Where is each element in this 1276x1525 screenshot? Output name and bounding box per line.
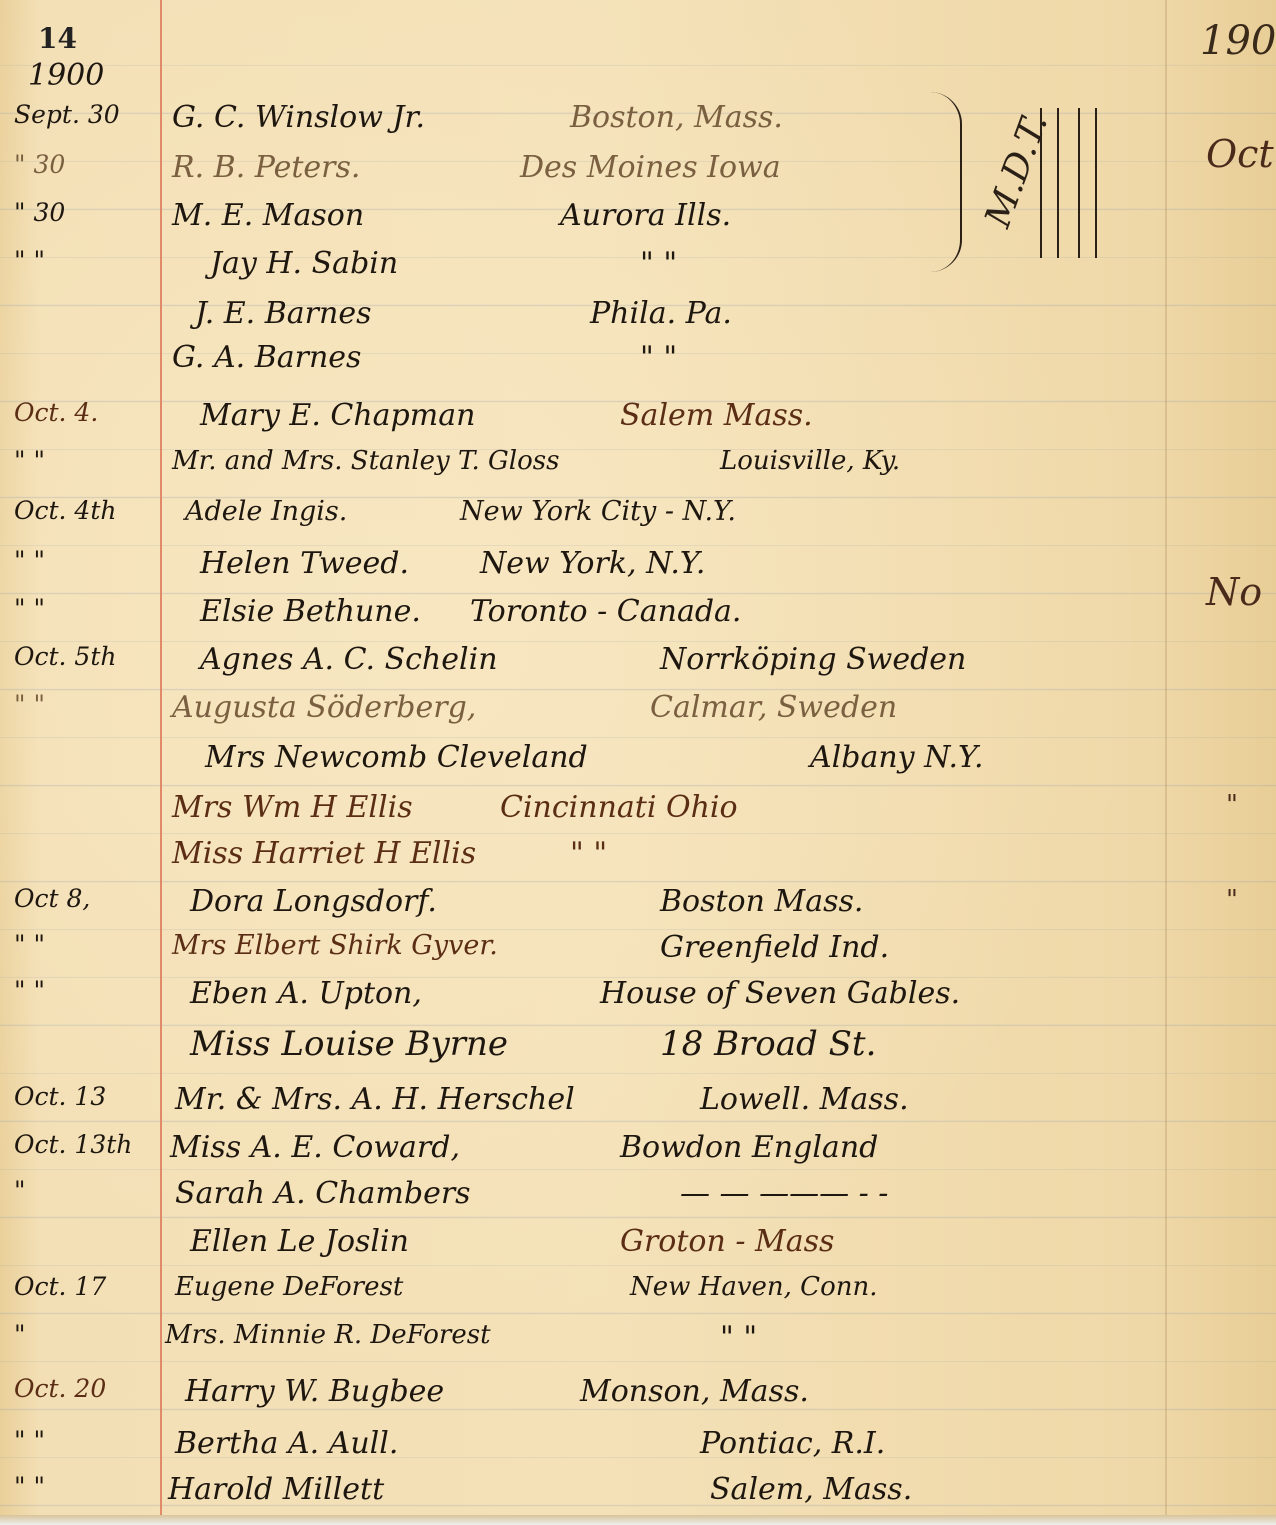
entry-name: Jay H. Sabin (210, 246, 398, 281)
entry-name: Miss Harriet H Ellis (172, 836, 476, 871)
entry-date: " " (14, 546, 154, 575)
entry-name: Mrs Elbert Shirk Gyver. (172, 930, 498, 961)
entry-place: Boston, Mass. (570, 100, 783, 135)
register-entry: Oct. 20 Harry W. Bugbee Monson, Mass. (0, 1374, 1160, 1422)
entry-date: Oct. 13th (14, 1130, 154, 1159)
entry-name: Mr. & Mrs. A. H. Herschel (175, 1082, 575, 1117)
register-entry: " Mrs. Minnie R. DeForest " " (0, 1320, 1160, 1368)
entry-name: Mr. and Mrs. Stanley T. Gloss (172, 446, 559, 476)
entry-name: J. E. Barnes (195, 296, 371, 331)
register-entry: Oct. 17 Eugene DeForest New Haven, Conn. (0, 1272, 1160, 1320)
entry-date: " " (14, 976, 154, 1005)
entry-date: Oct. 5th (14, 642, 154, 671)
entry-place: Louisville, Ky. (720, 446, 900, 476)
entry-place: — — ——— - - (680, 1176, 888, 1211)
entry-name: Adele Ingis. (185, 496, 347, 527)
register-entry: " Sarah A. Chambers — — ——— - - (0, 1176, 1160, 1224)
entry-name: Eben A. Upton, (190, 976, 422, 1011)
entry-name: Harold Millett (168, 1472, 384, 1507)
register-entry: J. E. Barnes Phila. Pa. (0, 296, 1160, 344)
page-number: 14 (38, 22, 77, 55)
entry-place: Pontiac, R.I. (700, 1426, 885, 1461)
register-entry: Mrs Wm H Ellis Cincinnati Ohio (0, 790, 1160, 838)
entry-place: " " (570, 836, 607, 871)
entry-name: Mrs. Minnie R. DeForest (165, 1320, 491, 1350)
entry-place: Lowell. Mass. (700, 1082, 909, 1117)
register-entry: " 30 R. B. Peters. Des Moines Iowa (0, 150, 1160, 198)
entry-place: House of Seven Gables. (600, 976, 960, 1011)
entry-place: Salem, Mass. (710, 1472, 912, 1507)
register-entry: Mrs Newcomb Cleveland Albany N.Y. (0, 740, 1160, 788)
register-entry: Oct. 13th Miss A. E. Coward, Bowdon Engl… (0, 1130, 1160, 1178)
entry-name: Ellen Le Joslin (190, 1224, 409, 1259)
entry-name: Helen Tweed. (200, 546, 409, 581)
entry-place: " " (640, 340, 677, 375)
register-entry: " 30 M. E. Mason Aurora Ills. (0, 198, 1160, 246)
entry-name: Dora Longsdorf. (190, 884, 437, 919)
entry-name: Mary E. Chapman (200, 398, 475, 433)
entry-name: Harry W. Bugbee (185, 1374, 444, 1409)
entry-place: Des Moines Iowa (520, 150, 781, 185)
entry-place: Salem Mass. (620, 398, 813, 433)
entry-date: Oct. 17 (14, 1272, 154, 1301)
entry-place: Calmar, Sweden (650, 690, 897, 725)
page-fold (1165, 0, 1167, 1525)
entry-place: " " (720, 1320, 757, 1355)
entry-place: Albany N.Y. (810, 740, 984, 775)
facing-page-mark: Oct (1206, 132, 1274, 176)
entry-date: Oct 8, (14, 884, 154, 913)
register-entry: Sept. 30 G. C. Winslow Jr. Boston, Mass. (0, 100, 1160, 148)
entry-place: Bowdon England (620, 1130, 878, 1165)
facing-page-year: 190 (1200, 18, 1276, 64)
register-entry: Miss Louise Byrne 18 Broad St. (0, 1024, 1160, 1072)
register-entry: Ellen Le Joslin Groton - Mass (0, 1224, 1160, 1272)
entry-name: Miss Louise Byrne (190, 1024, 508, 1064)
entry-name: Eugene DeForest (175, 1272, 403, 1302)
entry-place: Greenfield Ind. (660, 930, 889, 965)
entry-date: " " (14, 246, 154, 275)
entry-name: Agnes A. C. Schelin (200, 642, 498, 677)
entry-date: " 30 (14, 198, 154, 227)
register-entry: Oct. 13 Mr. & Mrs. A. H. Herschel Lowell… (0, 1082, 1160, 1130)
entry-date: Oct. 4th (14, 496, 154, 525)
register-entry: " " Harold Millett Salem, Mass. (0, 1472, 1160, 1520)
entry-date: " " (14, 1426, 154, 1455)
register-entry: Oct. 4th Adele Ingis. New York City - N.… (0, 496, 1160, 544)
register-entry: G. A. Barnes " " (0, 340, 1160, 388)
year-heading: 1900 (28, 58, 104, 93)
entry-date: " (14, 1320, 154, 1349)
register-page: 14 1900 M.D.T. 190 Oct No " " Sept. 30 G… (0, 0, 1276, 1525)
entry-place: Phila. Pa. (590, 296, 732, 331)
register-entry: " " Elsie Bethune. Toronto - Canada. (0, 594, 1160, 642)
entry-date: Oct. 13 (14, 1082, 154, 1111)
entry-name: Elsie Bethune. (200, 594, 421, 629)
register-entry: Oct 8, Dora Longsdorf. Boston Mass. (0, 884, 1160, 932)
entry-date: " " (14, 594, 154, 623)
entry-place: Groton - Mass (620, 1224, 834, 1259)
facing-page-mark: " (1226, 790, 1238, 820)
entry-name: Miss A. E. Coward, (170, 1130, 460, 1165)
register-entry: " " Eben A. Upton, House of Seven Gables… (0, 976, 1160, 1024)
entry-name: G. A. Barnes (172, 340, 361, 375)
entry-date: " " (14, 690, 154, 719)
entry-place: " " (640, 246, 677, 281)
entry-date: " " (14, 930, 154, 959)
entry-place: Cincinnati Ohio (500, 790, 738, 825)
register-entry: Oct. 4. Mary E. Chapman Salem Mass. (0, 398, 1160, 446)
entry-date: " " (14, 446, 154, 475)
entry-place: New York City - N.Y. (460, 496, 736, 527)
entry-date: Oct. 4. (14, 398, 154, 427)
facing-page-mark: " (1226, 885, 1238, 915)
register-entry: " " Bertha A. Aull. Pontiac, R.I. (0, 1426, 1160, 1474)
entry-name: Bertha A. Aull. (175, 1426, 398, 1461)
entry-place: New Haven, Conn. (630, 1272, 877, 1302)
register-entry: " " Augusta Söderberg, Calmar, Sweden (0, 690, 1160, 738)
register-entry: Miss Harriet H Ellis " " (0, 836, 1160, 884)
entry-date: " " (14, 1472, 154, 1501)
entry-place: Monson, Mass. (580, 1374, 809, 1409)
entry-place: 18 Broad St. (660, 1024, 876, 1064)
entry-place: New York, N.Y. (480, 546, 705, 581)
register-entry: Oct. 5th Agnes A. C. Schelin Norrköping … (0, 642, 1160, 690)
entry-name: Mrs Newcomb Cleveland (205, 740, 588, 775)
entry-date: " (14, 1176, 154, 1205)
entry-date: " 30 (14, 150, 154, 179)
register-entry: " " Jay H. Sabin " " (0, 246, 1160, 294)
facing-page-mark: No (1206, 570, 1262, 614)
entry-date: Sept. 30 (14, 100, 154, 129)
entry-name: Sarah A. Chambers (175, 1176, 471, 1211)
entry-name: G. C. Winslow Jr. (172, 100, 425, 135)
register-entry: " " Mr. and Mrs. Stanley T. Gloss Louisv… (0, 446, 1160, 494)
register-entry: " " Helen Tweed. New York, N.Y. (0, 546, 1160, 594)
entry-name: Augusta Söderberg, (172, 690, 476, 725)
entry-place: Aurora Ills. (560, 198, 731, 233)
register-entry: " " Mrs Elbert Shirk Gyver. Greenfield I… (0, 930, 1160, 978)
entry-place: Norrköping Sweden (660, 642, 966, 677)
entry-name: M. E. Mason (172, 198, 364, 233)
entry-place: Boston Mass. (660, 884, 863, 919)
entry-date: Oct. 20 (14, 1374, 154, 1403)
entry-place: Toronto - Canada. (470, 594, 741, 629)
entry-name: R. B. Peters. (172, 150, 360, 185)
entry-name: Mrs Wm H Ellis (172, 790, 413, 825)
